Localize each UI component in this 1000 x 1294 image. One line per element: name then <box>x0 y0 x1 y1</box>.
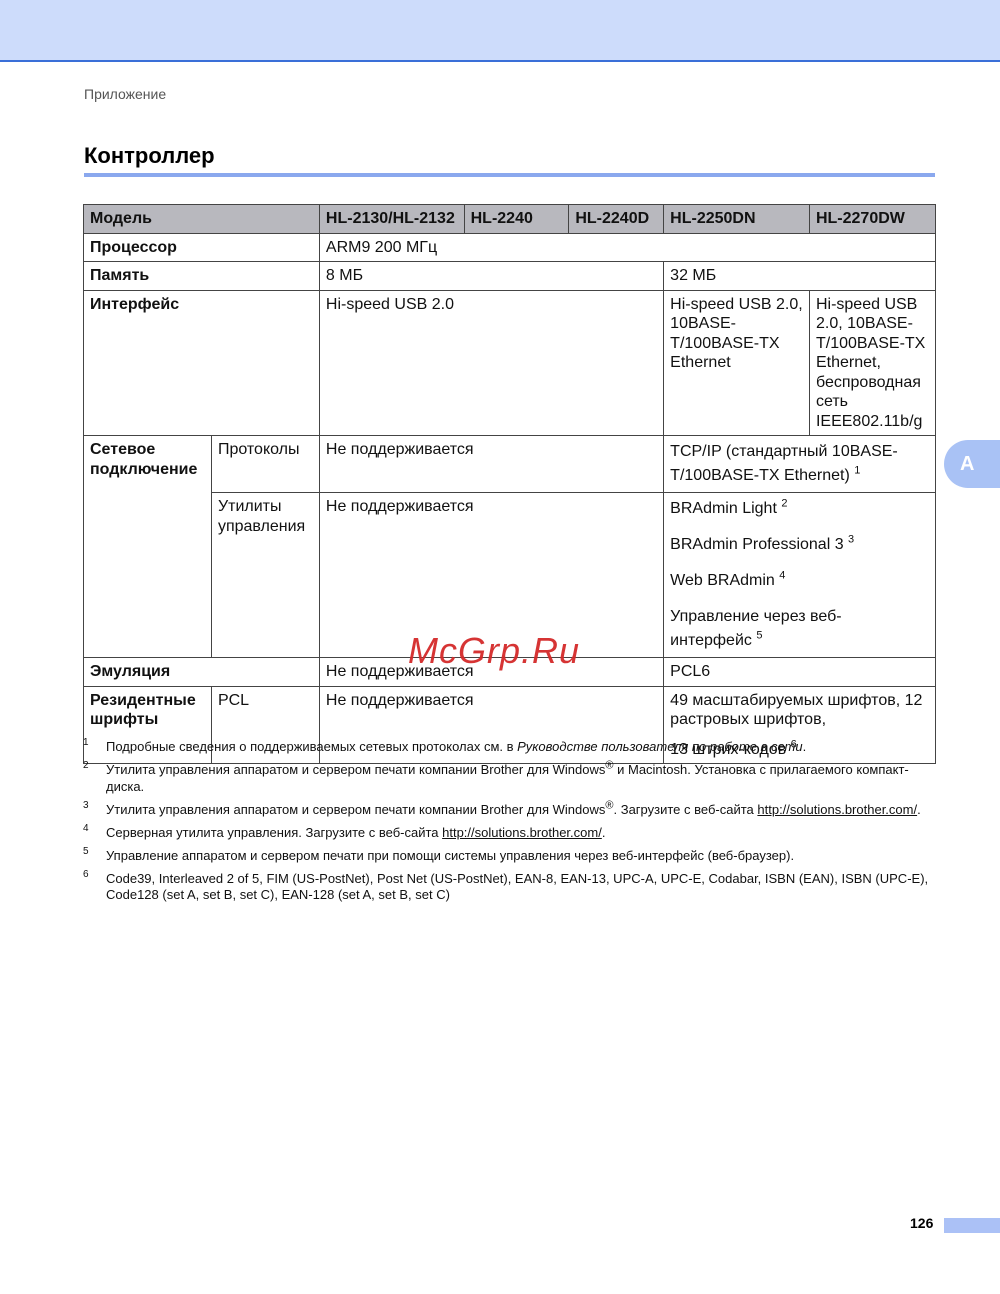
sub-label: Утилиты управления <box>211 493 319 658</box>
table-row-processor: Процессор ARM9 200 МГц <box>84 233 936 262</box>
cell-value: Hi-speed USB 2.0, 10BASE-T/100BASE-TX Et… <box>809 290 935 436</box>
table-header-row: Модель HL-2130/HL-2132 HL-2240 HL-2240D … <box>84 205 936 234</box>
footnote: 1 Подробные сведения о поддерживаемых се… <box>83 739 936 756</box>
page-number: 126 <box>910 1215 933 1231</box>
footnote: 3 Утилита управления аппаратом и серверо… <box>83 802 936 819</box>
footnote-ref: 1 <box>854 465 860 477</box>
table-row-interface: Интерфейс Hi-speed USB 2.0 Hi-speed USB … <box>84 290 936 436</box>
header-model: HL-2240D <box>569 205 664 234</box>
footnotes: 1 Подробные сведения о поддерживаемых се… <box>83 739 936 910</box>
row-label: Эмуляция <box>84 658 320 687</box>
title-underline <box>84 173 935 177</box>
header-model-label: Модель <box>84 205 320 234</box>
footnote-number: 5 <box>83 844 106 861</box>
row-label: Процессор <box>84 233 320 262</box>
row-label: Интерфейс <box>84 290 320 436</box>
footnote-ref: 3 <box>848 534 854 546</box>
cell-value: TCP/IP (стандартный 10BASE-T/100BASE-TX … <box>664 436 936 493</box>
footnote-text: Code39, Interleaved 2 of 5, FIM (US-Post… <box>106 871 936 904</box>
cell-text: 49 масштабируемых шрифтов, 12 растровых … <box>670 691 929 730</box>
cell-value: BRAdmin Light 2 BRAdmin Professional 3 3… <box>664 493 936 658</box>
appendix-tab[interactable]: A <box>944 440 1000 488</box>
footnote: 5 Управление аппаратом и сервером печати… <box>83 848 936 865</box>
controller-spec-table: Модель HL-2130/HL-2132 HL-2240 HL-2240D … <box>83 204 936 764</box>
utility-item: Управление через веб-интерфейс 5 <box>670 605 860 653</box>
cell-value: 32 МБ <box>664 262 936 291</box>
breadcrumb: Приложение <box>84 86 166 102</box>
footnote-text: Утилита управления аппаратом и сервером … <box>106 802 936 819</box>
table-row-protocols: Сетевое подключение Протоколы Не поддерж… <box>84 436 936 493</box>
footnote-number: 1 <box>83 735 106 752</box>
sub-label: Протоколы <box>211 436 319 493</box>
footnote-text: Подробные сведения о поддерживаемых сете… <box>106 739 936 756</box>
page-title: Контроллер <box>84 143 215 169</box>
footnote-number: 6 <box>83 867 106 900</box>
header-model: HL-2250DN <box>664 205 810 234</box>
watermark: McGrp.Ru <box>408 630 580 672</box>
footnote-ref: 2 <box>781 498 787 510</box>
footnote-text: Управление аппаратом и сервером печати п… <box>106 848 936 865</box>
footnote: 6 Code39, Interleaved 2 of 5, FIM (US-Po… <box>83 871 936 904</box>
cell-value: Hi-speed USB 2.0 <box>319 290 663 436</box>
footnote-number: 2 <box>83 758 106 791</box>
brother-solutions-link[interactable]: http://solutions.brother.com/ <box>442 825 602 840</box>
footnote-number: 3 <box>83 798 106 815</box>
header-model: HL-2240 <box>464 205 569 234</box>
cell-value: Hi-speed USB 2.0, 10BASE-T/100BASE-TX Et… <box>664 290 810 436</box>
cell-value: 8 МБ <box>319 262 663 291</box>
row-label: Сетевое подключение <box>84 436 212 658</box>
brother-solutions-link[interactable]: http://solutions.brother.com/ <box>757 802 917 817</box>
utility-item: BRAdmin Light 2 <box>670 497 929 521</box>
footnote-text: Утилита управления аппаратом и сервером … <box>106 762 936 795</box>
cell-value: PCL6 <box>664 658 936 687</box>
page-number-bar <box>944 1218 1000 1233</box>
utility-item: BRAdmin Professional 3 3 <box>670 533 929 557</box>
footnote-number: 4 <box>83 821 106 838</box>
cell-value: ARM9 200 МГц <box>319 233 935 262</box>
footnote-ref: 4 <box>779 570 785 582</box>
cell-text: TCP/IP (стандартный 10BASE-T/100BASE-TX … <box>670 443 898 484</box>
utility-item: Web BRAdmin 4 <box>670 569 929 593</box>
header-model: HL-2270DW <box>809 205 935 234</box>
cell-value: Не поддерживается <box>319 436 663 493</box>
page-header-band <box>0 0 1000 62</box>
footnote-text: Серверная утилита управления. Загрузите … <box>106 825 936 842</box>
footnote: 2 Утилита управления аппаратом и серверо… <box>83 762 936 795</box>
footnote: 4 Серверная утилита управления. Загрузит… <box>83 825 936 842</box>
header-model: HL-2130/HL-2132 <box>319 205 464 234</box>
table-row-memory: Память 8 МБ 32 МБ <box>84 262 936 291</box>
row-label: Память <box>84 262 320 291</box>
footnote-ref: 5 <box>756 630 762 642</box>
